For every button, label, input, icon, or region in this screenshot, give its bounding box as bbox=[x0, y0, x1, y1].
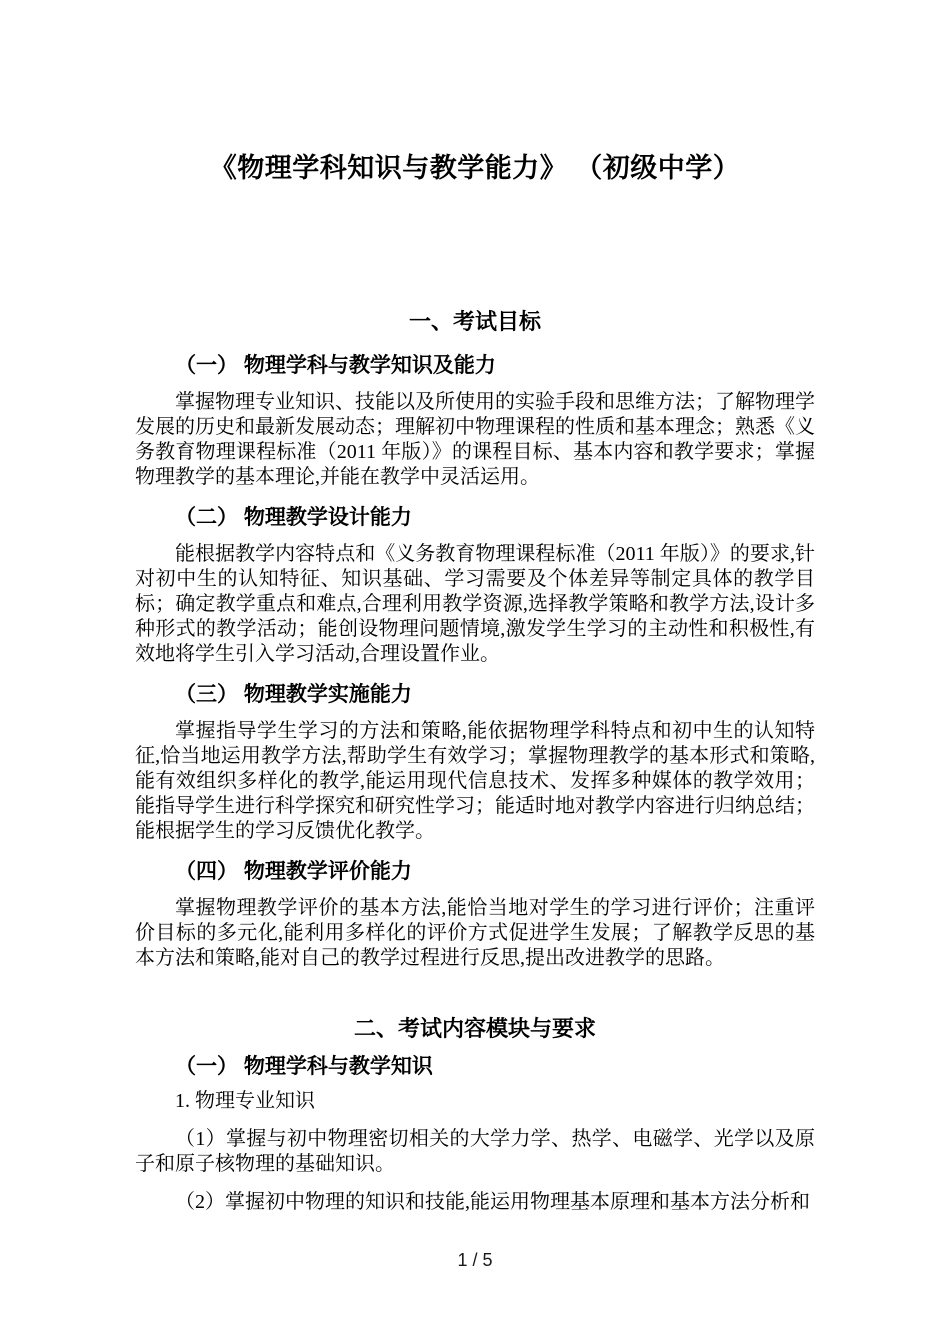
subsection-body-teaching-design: 能根据教学内容特点和《义务教育物理课程标准（2011 年版）》的要求,针对初中生… bbox=[135, 542, 815, 667]
numbered-item-physics-professional-knowledge: 1. 物理专业知识 bbox=[135, 1089, 815, 1114]
subsection-heading-subject-and-teaching-knowledge: （一） 物理学科与教学知识 bbox=[135, 1053, 815, 1081]
point-item-1: （1）掌握与初中物理密切相关的大学力学、热学、电磁学、光学以及原子和原子核物理的… bbox=[135, 1127, 815, 1177]
subsection-heading-teaching-evaluation: （四） 物理教学评价能力 bbox=[135, 858, 815, 886]
part1-heading-exam-objectives: 一、考试目标 bbox=[135, 308, 815, 336]
document-title: 《物理学科知识与教学能力》 （初级中学） bbox=[135, 0, 815, 188]
point-item-2: （2）掌握初中物理的知识和技能,能运用物理基本原理和基本方法分析和 bbox=[135, 1190, 815, 1215]
subsection-body-teaching-evaluation: 掌握物理教学评价的基本方法,能恰当地对学生的学习进行评价；注重评价目标的多元化,… bbox=[135, 896, 815, 971]
subsection-heading-knowledge-and-ability: （一） 物理学科与教学知识及能力 bbox=[135, 352, 815, 380]
subsection-heading-teaching-implementation: （三） 物理教学实施能力 bbox=[135, 681, 815, 709]
page-number: 1 / 5 bbox=[0, 1248, 950, 1272]
document-page: 《物理学科知识与教学能力》 （初级中学） 一、考试目标 （一） 物理学科与教学知… bbox=[0, 0, 950, 1344]
part2-heading-exam-content-modules: 二、考试内容模块与要求 bbox=[135, 1015, 815, 1043]
subsection-body-teaching-implementation: 掌握指导学生学习的方法和策略,能依据物理学科特点和初中生的认知特征,恰当地运用教… bbox=[135, 719, 815, 844]
subsection-heading-teaching-design: （二） 物理教学设计能力 bbox=[135, 504, 815, 532]
document-content: 《物理学科知识与教学能力》 （初级中学） 一、考试目标 （一） 物理学科与教学知… bbox=[0, 0, 950, 1215]
subsection-body-knowledge-and-ability: 掌握物理专业知识、技能以及所使用的实验手段和思维方法；了解物理学发展的历史和最新… bbox=[135, 390, 815, 490]
